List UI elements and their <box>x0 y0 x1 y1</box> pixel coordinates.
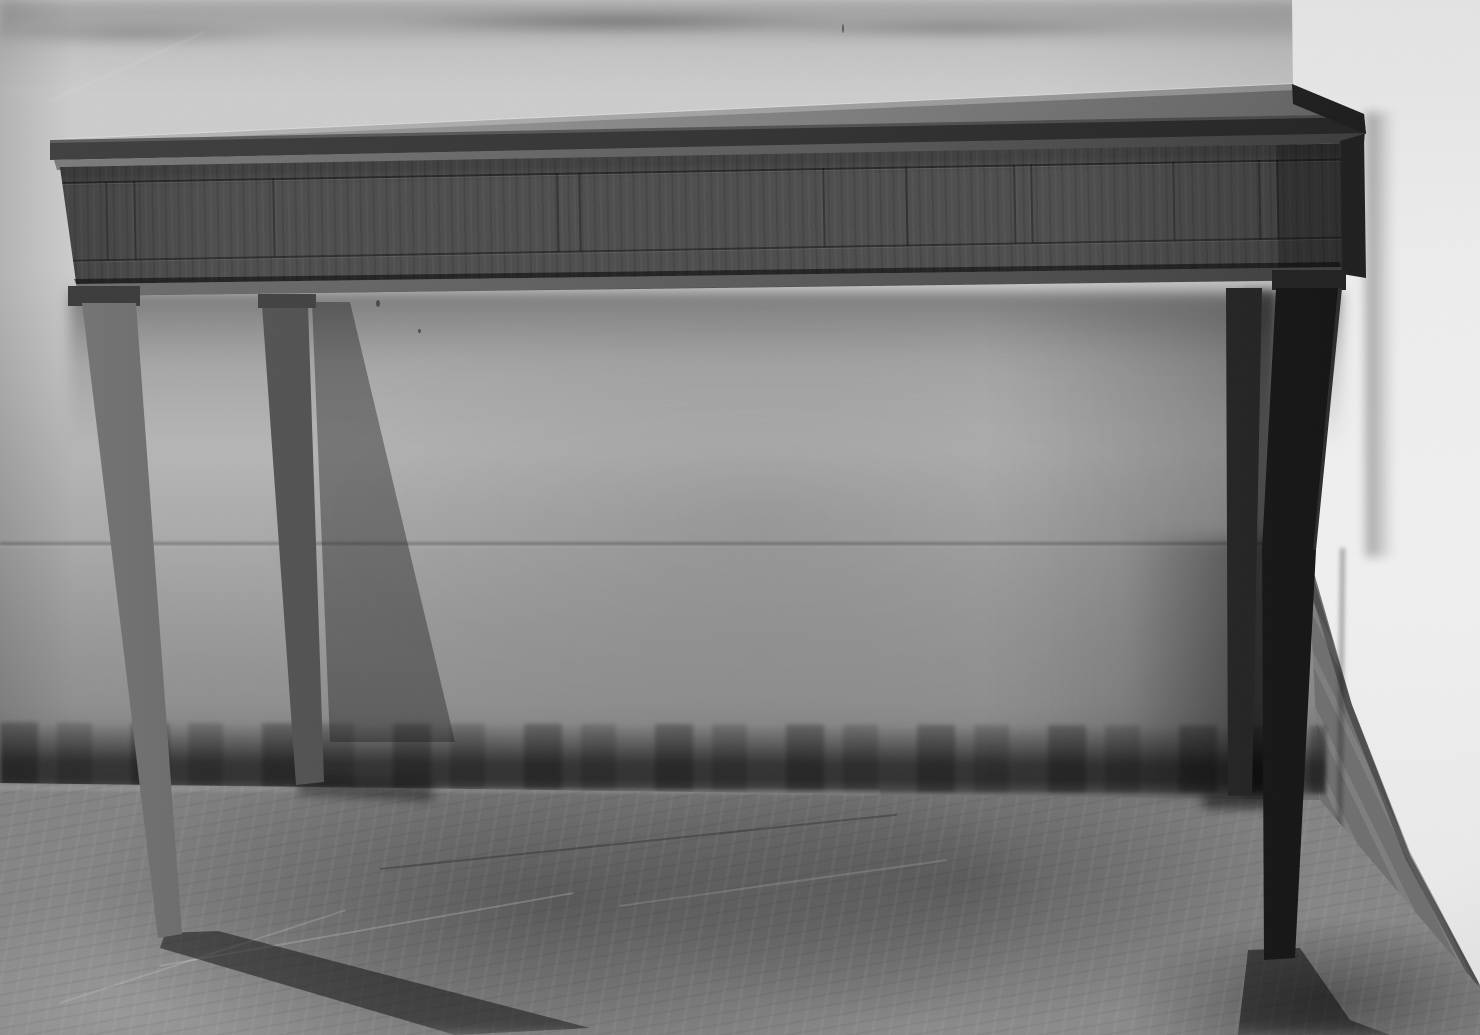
table-shadow-on-right-wall <box>1366 112 1394 557</box>
apron-panel-divider <box>556 173 559 252</box>
apron-panel-divider <box>905 166 908 245</box>
wall-speck <box>842 24 844 33</box>
apron-panel-divider <box>1258 160 1261 239</box>
wall-top-smudge <box>0 0 1480 70</box>
photograph <box>0 0 1480 1035</box>
apron-panel-divider <box>1172 162 1175 241</box>
front-right-leg-block <box>1272 270 1346 290</box>
rear-left-leg-block <box>258 294 316 308</box>
apron-panel-divider <box>1013 164 1016 243</box>
apron-panel-divider <box>822 168 825 247</box>
apron-groove-bottom-highlight <box>62 238 1352 263</box>
apron-panel-divider <box>578 172 581 251</box>
apron-groove-top-highlight <box>60 160 1350 185</box>
apron-panel-divider <box>133 181 136 260</box>
apron-panel-divider <box>1030 164 1033 243</box>
apron-panel-divider <box>272 178 275 257</box>
apron-panel-divider <box>105 181 108 260</box>
